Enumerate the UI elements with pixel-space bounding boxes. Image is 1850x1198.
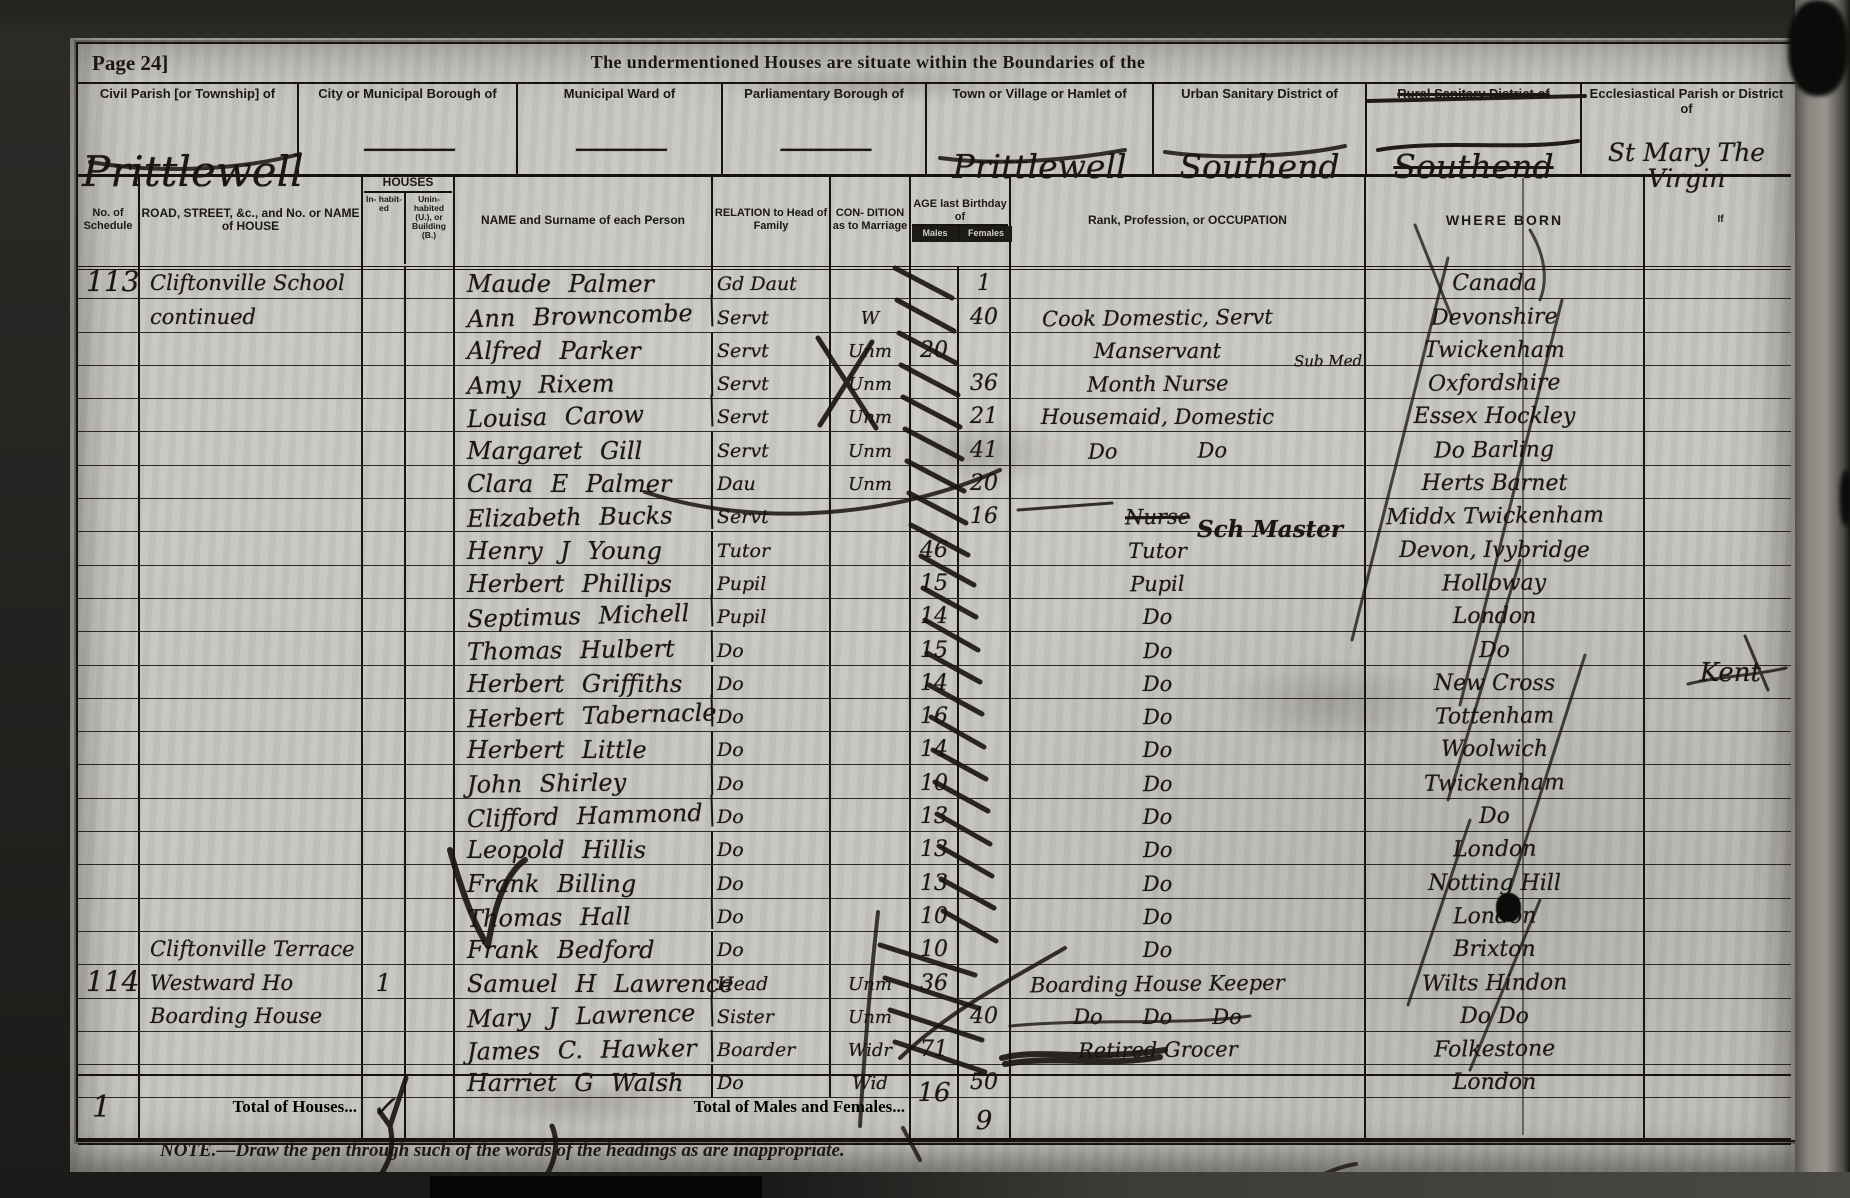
- houses-uninhabited: [406, 832, 455, 864]
- census-form-paper: Page 24] The undermentioned Houses are s…: [70, 38, 1795, 1172]
- schedule-number: [78, 466, 140, 498]
- road-name: [140, 865, 363, 897]
- where-born-text: Holloway: [1442, 572, 1546, 595]
- age-female: [959, 865, 1011, 897]
- houses-uninhabited: [406, 1032, 455, 1064]
- occupation: Do: [1011, 599, 1366, 631]
- table-row: Thomas Hall Do 10 Do London: [78, 899, 1791, 932]
- person-name: Ann Browncombe: [455, 295, 714, 334]
- age-female: [959, 799, 1011, 831]
- road-name: [140, 666, 363, 698]
- footnote: NOTE.—Draw the pen through such of the w…: [160, 1140, 845, 1162]
- person-name: Frank Billing: [455, 865, 713, 897]
- occupation-text: Do: [1143, 674, 1172, 695]
- col-uninhabited: Unin- habited (U.), or Building (B.): [406, 193, 452, 264]
- age-female: 40: [959, 999, 1011, 1031]
- col-age: AGE last Birthday of Males Females: [911, 174, 1011, 266]
- age-male: 10: [911, 932, 959, 964]
- houses-uninhabited: [406, 399, 455, 431]
- relation-to-head: Servt: [713, 366, 831, 398]
- district-field-label: Urban Sanitary District of: [1154, 82, 1365, 101]
- marriage-condition: Widr: [831, 1032, 911, 1064]
- district-field: Ecclesiastical Parish or District of St …: [1582, 82, 1791, 174]
- page-number: Page 24]: [92, 51, 168, 76]
- houses-inhabited: [363, 499, 406, 531]
- relation-to-head: Do: [713, 666, 831, 698]
- where-born-text: Wilts Hindon: [1422, 972, 1568, 996]
- houses-uninhabited: [406, 333, 455, 365]
- houses-inhabited: [363, 765, 406, 797]
- houses-uninhabited: [406, 432, 455, 464]
- occupation: Do: [1011, 899, 1366, 931]
- occupation-text: Do: [1143, 707, 1173, 728]
- houses-inhabited: [363, 532, 406, 564]
- district-field: Civil Parish [or Township] of Prittlewel…: [78, 82, 299, 174]
- occupation: [1011, 466, 1366, 498]
- totals-infirmity-cell: [1645, 1076, 1791, 1138]
- age-male: [911, 266, 959, 298]
- paper-smudge: [450, 1078, 710, 1128]
- relation-to-head: Servt: [713, 399, 831, 431]
- relation-to-head: Boarder: [713, 1032, 831, 1064]
- col-age-title: AGE last Birthday of: [912, 198, 1008, 224]
- where-born: Do: [1366, 632, 1645, 664]
- road-name: [140, 699, 363, 731]
- infirmity-cell: [1645, 865, 1791, 897]
- schedule-number: [78, 1032, 140, 1064]
- houses-uninhabited: [406, 666, 455, 698]
- age-female: [959, 566, 1011, 598]
- paper-smudge: [890, 418, 1070, 488]
- where-born-text: Devon, Ivybridge: [1399, 540, 1590, 562]
- houses-uninhabited: [406, 466, 455, 498]
- relation-to-head: Dau: [713, 466, 831, 498]
- marriage-condition: [831, 899, 911, 931]
- district-field: Municipal Ward of ———: [518, 82, 723, 174]
- marriage-condition: Unm: [831, 366, 911, 398]
- age-male: 10: [911, 899, 959, 931]
- infirmity-cell: [1645, 532, 1791, 564]
- marriage-condition: Unm: [831, 466, 911, 498]
- table-row: Herbert Tabernacle Do 16 Do Tottenham: [78, 699, 1791, 732]
- paper-crease: [1522, 178, 1524, 1135]
- road-name: Westward Ho: [140, 965, 363, 997]
- totals-row: 1 Total of Houses... ✓ Total of Males an…: [78, 1074, 1791, 1145]
- relation-to-head: Pupil: [713, 599, 831, 631]
- occupation-text: Manservant: [1094, 341, 1221, 362]
- houses-uninhabited: [406, 799, 455, 831]
- relation-to-head: Head: [713, 965, 831, 997]
- houses-inhabited: [363, 699, 406, 731]
- relation-to-head: Sister: [713, 999, 831, 1031]
- relation-to-head: Servt: [713, 499, 831, 531]
- where-born: Brixton: [1366, 932, 1645, 964]
- road-name: Cliftonville Terrace: [140, 932, 363, 964]
- where-born: Herts Barnet: [1366, 466, 1645, 498]
- where-born-text: Do Barling: [1434, 439, 1554, 462]
- where-born-text: Do: [1479, 806, 1510, 828]
- infirmity-cell: [1645, 799, 1791, 831]
- scan-edge-strip: [1795, 0, 1850, 1198]
- district-field-value: ———: [299, 128, 516, 168]
- where-born-text: Notting Hill: [1428, 873, 1561, 895]
- col-infirmity-title: If: [1651, 214, 1790, 226]
- person-name: Henry J Young: [455, 532, 713, 564]
- table-row: John Shirley Do 10 Do Twickenham: [78, 765, 1791, 798]
- age-female: [959, 666, 1011, 698]
- relation-to-head: Do: [713, 899, 831, 931]
- infirmity-cell: [1645, 1032, 1791, 1064]
- totals-houses-label-cell: Total of Houses...: [140, 1076, 363, 1138]
- marriage-condition: [831, 799, 911, 831]
- occupation-text: Tutor: [1128, 541, 1187, 562]
- person-name: Frank Bedford: [455, 932, 713, 964]
- person-name: Herbert Phillips: [455, 566, 713, 598]
- age-female: [959, 632, 1011, 664]
- age-male: [911, 999, 959, 1031]
- paper-smudge: [710, 68, 1030, 102]
- age-male: 36: [911, 965, 959, 997]
- occupation: Boarding House Keeper: [1011, 965, 1366, 997]
- houses-inhabited: 1: [363, 965, 406, 997]
- col-occupation: Rank, Profession, or OCCUPATION: [1011, 174, 1366, 266]
- table-row: Alfred Parker Servt Unm 20 Manservant Tw…: [78, 333, 1791, 366]
- table-row: Thomas Hulbert Do 15 Do Do: [78, 632, 1791, 665]
- houses-inhabited: [363, 566, 406, 598]
- houses-inhabited: [363, 899, 406, 931]
- age-male: 14: [911, 599, 959, 631]
- totals-born-cell: [1366, 1076, 1645, 1138]
- where-born-text: Essex Hockley: [1414, 406, 1576, 428]
- schedule-number: [78, 699, 140, 731]
- where-born: Devon, Ivybridge: [1366, 532, 1645, 564]
- person-name: Herbert Tabernacle: [455, 694, 714, 733]
- where-born-text: Canada: [1452, 273, 1536, 295]
- houses-uninhabited: [406, 932, 455, 964]
- col-road: ROAD, STREET, &c., and No. or NAME of HO…: [140, 174, 363, 266]
- totals-uninhabited-cell: [406, 1076, 455, 1138]
- houses-uninhabited: [406, 566, 455, 598]
- houses-inhabited: [363, 799, 406, 831]
- relation-to-head: Servt: [713, 432, 831, 464]
- age-female: 1: [959, 266, 1011, 298]
- age-female: [959, 965, 1011, 997]
- schedule-number: [78, 432, 140, 464]
- schedule-number: [78, 499, 140, 531]
- road-name: [140, 799, 363, 831]
- where-born-text: Devonshire: [1431, 306, 1558, 329]
- houses-uninhabited: [406, 266, 455, 298]
- marriage-condition: [831, 865, 911, 897]
- marriage-condition: [831, 499, 911, 531]
- houses-uninhabited: [406, 699, 455, 731]
- marriage-condition: Unm: [831, 999, 911, 1031]
- where-born: Do: [1366, 799, 1645, 831]
- person-name: Mary J Lawrence: [455, 994, 714, 1033]
- occupation-text: Do: [1143, 774, 1173, 795]
- age-male: 14: [911, 732, 959, 764]
- occupation-text: Cook Domestic, Servt: [1042, 306, 1273, 329]
- schedule-number: [78, 666, 140, 698]
- totals-houses-label: Total of Houses...: [140, 1097, 361, 1117]
- schedule-number: [78, 932, 140, 964]
- person-name: Herbert Little: [455, 732, 713, 764]
- where-born: Middx Twickenham: [1366, 499, 1645, 531]
- houses-uninhabited: [406, 999, 455, 1031]
- relation-to-head: Servt: [713, 299, 831, 331]
- road-name: [140, 732, 363, 764]
- houses-inhabited: [363, 299, 406, 331]
- age-male: [911, 366, 959, 398]
- infirmity-cell: [1645, 965, 1791, 997]
- age-male: [911, 299, 959, 331]
- infirmity-cell: [1645, 266, 1791, 298]
- col-infirmity: If: [1645, 174, 1791, 266]
- occupation-text: Nurse: [1125, 507, 1190, 529]
- where-born-text: Middx Twickenham: [1385, 505, 1603, 529]
- occupation-text: Do: [1143, 940, 1172, 961]
- relation-to-head: Do: [713, 632, 831, 664]
- infirmity-cell: [1645, 899, 1791, 931]
- col-houses-subcols: In- habit- ed Unin- habited (U.), or Bui…: [364, 191, 452, 264]
- schedule-number: [78, 899, 140, 931]
- person-name: Clifford Hammond: [455, 794, 714, 833]
- houses-inhabited: [363, 466, 406, 498]
- person-name: Herbert Griffiths: [455, 666, 713, 698]
- occupation: Month NurseSub Med: [1011, 366, 1366, 398]
- where-born-text: Do: [1479, 639, 1510, 661]
- where-born: Twickenham: [1366, 333, 1645, 365]
- houses-inhabited: [363, 432, 406, 464]
- marriage-condition: W: [831, 299, 911, 331]
- table-row: Cliftonville Terrace Frank Bedford Do 10…: [78, 932, 1791, 965]
- road-name: [140, 832, 363, 864]
- occupation-text: Month Nurse: [1087, 373, 1229, 395]
- road-name: [140, 366, 363, 398]
- schedule-number: [78, 532, 140, 564]
- table-row: 114 Westward Ho 1 Samuel H Lawrence Head…: [78, 965, 1791, 998]
- infirmity-cell: [1645, 666, 1791, 698]
- marriage-condition: Unm: [831, 965, 911, 997]
- where-born-text: Herts Barnet: [1422, 473, 1568, 495]
- road-name: Boarding House: [140, 999, 363, 1031]
- where-born-text: Tottenham: [1435, 706, 1554, 729]
- houses-inhabited: [363, 832, 406, 864]
- age-female: 16: [959, 499, 1011, 531]
- where-born: Folkestone: [1366, 1032, 1645, 1064]
- totals-females-value: 9: [959, 1076, 1011, 1138]
- person-name: Elizabeth Bucks: [455, 497, 713, 533]
- age-male: 10: [911, 765, 959, 797]
- table-row: Elizabeth Bucks Servt 16 Nurse Middx Twi…: [78, 499, 1791, 532]
- table-row: Henry J Young Tutor 46 TutorSch Master D…: [78, 532, 1791, 565]
- schedule-number: [78, 999, 140, 1031]
- road-name: [140, 1032, 363, 1064]
- census-form: Page 24] The undermentioned Houses are s…: [76, 42, 1797, 1142]
- col-where-born: WHERE BORN: [1366, 174, 1645, 266]
- person-name: Thomas Hulbert: [455, 630, 713, 666]
- occupation-annotation: Sub Med: [1294, 354, 1362, 370]
- houses-inhabited: [363, 999, 406, 1031]
- schedule-number: [78, 299, 140, 331]
- table-row: Boarding House Mary J Lawrence Sister Un…: [78, 999, 1791, 1032]
- infirmity-cell: [1645, 366, 1791, 398]
- person-name: John Shirley: [455, 763, 713, 799]
- schedule-number: [78, 566, 140, 598]
- age-male: 20: [911, 333, 959, 365]
- age-male: 46: [911, 532, 959, 564]
- houses-inhabited: [363, 1032, 406, 1064]
- houses-uninhabited: [406, 632, 455, 664]
- person-name: Septimus Michell: [455, 594, 714, 633]
- occupation: Do: [1011, 832, 1366, 864]
- houses-uninhabited: [406, 366, 455, 398]
- infirmity-cell: [1645, 599, 1791, 631]
- occupation: Do Do Do: [1011, 999, 1366, 1031]
- col-relation: RELATION to Head of Family: [713, 174, 831, 266]
- schedule-number: [78, 599, 140, 631]
- age-male: 16: [911, 699, 959, 731]
- table-row: 113 Cliftonville School Maude Palmer Gd …: [78, 266, 1791, 299]
- district-field-label: Municipal Ward of: [518, 82, 721, 101]
- district-field-label: City or Municipal Borough of: [299, 82, 516, 101]
- where-born: Do Do: [1366, 999, 1645, 1031]
- person-name: Maude Palmer: [455, 266, 713, 298]
- relation-to-head: Do: [713, 832, 831, 864]
- ink-blot: [1496, 893, 1521, 922]
- relation-to-head: Tutor: [713, 532, 831, 564]
- col-houses-title: HOUSES: [364, 176, 452, 189]
- houses-inhabited: [363, 366, 406, 398]
- district-field: Urban Sanitary District of Southend: [1154, 82, 1367, 174]
- houses-uninhabited: [406, 765, 455, 797]
- infirmity-cell: [1645, 566, 1791, 598]
- age-female: [959, 333, 1011, 365]
- table-row: James C. Hawker Boarder Widr 71 Retired …: [78, 1032, 1791, 1065]
- age-female: [959, 732, 1011, 764]
- schedule-number: 113: [78, 266, 140, 298]
- houses-inhabited: [363, 266, 406, 298]
- age-male: 15: [911, 566, 959, 598]
- table-row: Frank Billing Do 13 Do Notting Hill: [78, 865, 1791, 898]
- col-females: Females: [960, 226, 1012, 242]
- table-row: Leopold Hillis Do 13 Do London: [78, 832, 1791, 865]
- houses-inhabited: [363, 632, 406, 664]
- relation-to-head: Servt: [713, 333, 831, 365]
- col-males: Males: [912, 226, 960, 242]
- where-born-text: Oxfordshire: [1428, 372, 1561, 395]
- paper-smudge: [1220, 658, 1440, 748]
- infirmity-cell: [1645, 299, 1791, 331]
- age-female: 40: [959, 299, 1011, 331]
- occupation-text: Do: [1143, 874, 1172, 895]
- houses-inhabited: [363, 865, 406, 897]
- road-name: [140, 566, 363, 598]
- marriage-condition: [831, 266, 911, 298]
- marriage-condition: [831, 632, 911, 664]
- schedule-number: [78, 799, 140, 831]
- age-male: [911, 499, 959, 531]
- scan-bottom-bar: [430, 1176, 762, 1198]
- table-body: 113 Cliftonville School Maude Palmer Gd …: [78, 266, 1791, 1098]
- occupation-text: Do: [1143, 807, 1172, 828]
- table-row: Septimus Michell Pupil 14 Do London: [78, 599, 1791, 632]
- marriage-condition: [831, 666, 911, 698]
- where-born: Do Barling: [1366, 432, 1645, 464]
- age-female: [959, 599, 1011, 631]
- houses-uninhabited: [406, 499, 455, 531]
- schedule-number: [78, 865, 140, 897]
- where-born: London: [1366, 832, 1645, 864]
- col-houses: HOUSES In- habit- ed Unin- habited (U.),…: [363, 174, 455, 266]
- occupation: Pupil: [1011, 566, 1366, 598]
- census-page-scan: Page 24] The undermentioned Houses are s…: [0, 0, 1850, 1198]
- person-name: James C. Hawker: [455, 1030, 713, 1066]
- marriage-condition: [831, 699, 911, 731]
- where-born: Woolwich: [1366, 732, 1645, 764]
- houses-uninhabited: [406, 532, 455, 564]
- houses-inhabited: [363, 732, 406, 764]
- district-field-label: Civil Parish [or Township] of: [78, 82, 297, 101]
- marriage-condition: [831, 765, 911, 797]
- where-born: London: [1366, 599, 1645, 631]
- occupation-text: Pupil: [1130, 574, 1185, 596]
- marriage-condition: Unm: [831, 399, 911, 431]
- schedule-number: [78, 765, 140, 797]
- person-name: Samuel H Lawrence: [455, 965, 713, 997]
- where-born-text: Twickenham: [1424, 772, 1565, 795]
- occupation-annotation: Sch Master: [1197, 518, 1343, 541]
- table-header: No. of Schedule ROAD, STREET, &c., and N…: [78, 174, 1791, 270]
- marriage-condition: Unm: [831, 333, 911, 365]
- road-name: [140, 466, 363, 498]
- table-row: Clifford Hammond Do 13 Do Do: [78, 799, 1791, 832]
- houses-uninhabited: [406, 299, 455, 331]
- occupation: Do: [1011, 865, 1366, 897]
- occupation-text: Housemaid, Domestic: [1041, 407, 1274, 428]
- marriage-condition: [831, 532, 911, 564]
- col-age-subcols: Males Females: [912, 224, 1008, 242]
- road-name: [140, 432, 363, 464]
- where-born-text: Folkestone: [1434, 1038, 1555, 1061]
- where-born: Canada: [1366, 266, 1645, 298]
- marriage-condition: [831, 832, 911, 864]
- person-name: Alfred Parker: [455, 333, 713, 365]
- relation-to-head: Do: [713, 799, 831, 831]
- houses-uninhabited: [406, 965, 455, 997]
- where-born: Wilts Hindon: [1366, 965, 1645, 997]
- ink-blot: [1788, 0, 1848, 96]
- houses-uninhabited: [406, 865, 455, 897]
- where-born-text: Woolwich: [1441, 739, 1548, 761]
- road-name: [140, 765, 363, 797]
- houses-inhabited: [363, 333, 406, 365]
- schedule-number: 114: [78, 965, 140, 997]
- infirmity-cell: [1645, 399, 1791, 431]
- age-male: 71: [911, 1032, 959, 1064]
- where-born-text: Twickenham: [1424, 340, 1565, 362]
- infirmity-cell: [1645, 932, 1791, 964]
- occupation: Do: [1011, 765, 1366, 797]
- scan-bottom-band: [0, 1172, 1850, 1198]
- age-male: 13: [911, 799, 959, 831]
- district-field: City or Municipal Borough of ———: [299, 82, 518, 174]
- person-name: Clara E Palmer: [455, 466, 713, 498]
- age-female: [959, 1032, 1011, 1064]
- relation-to-head: Do: [713, 699, 831, 731]
- person-name: Margaret Gill: [455, 432, 713, 464]
- age-female: 36: [959, 366, 1011, 398]
